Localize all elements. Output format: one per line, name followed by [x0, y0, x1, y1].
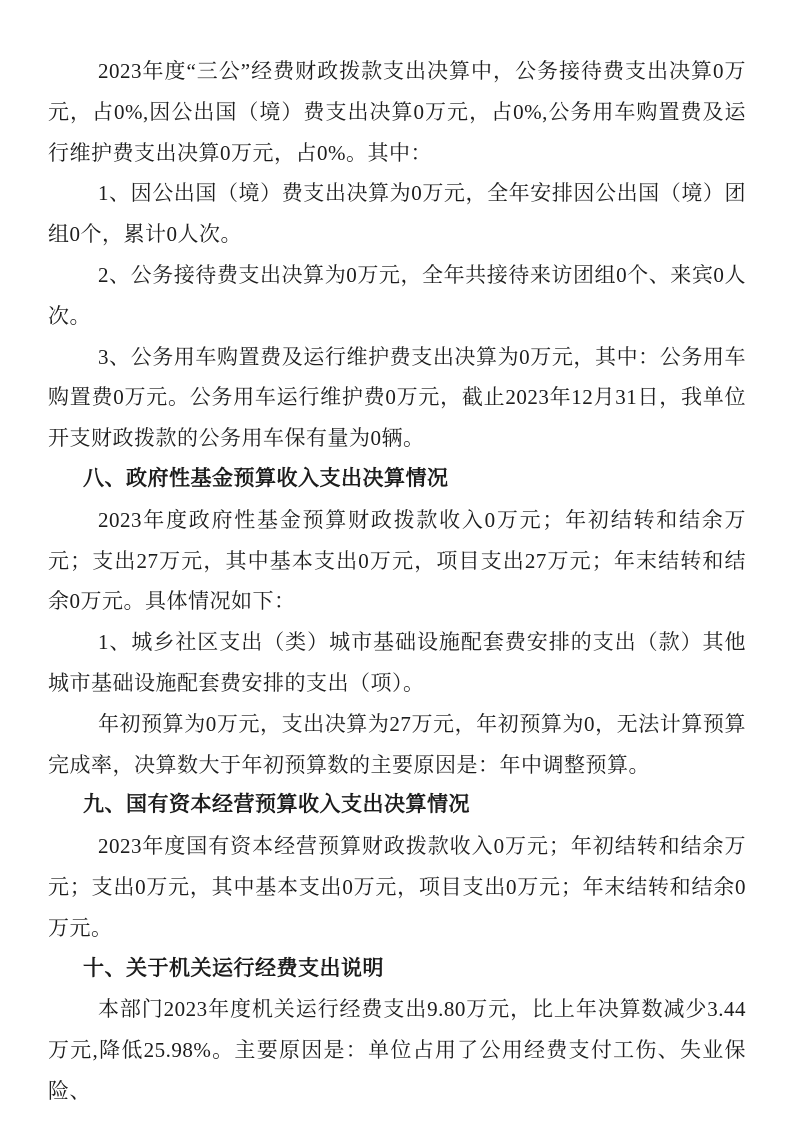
document-body: 2023年度“三公”经费财政拨款支出决算中，公务接待费支出决算0万元，占0%,因… [48, 51, 746, 1112]
paragraph: 1、城乡社区支出（类）城市基础设施配套费安排的支出（款）其他城市基础设施配套费安… [48, 622, 746, 704]
section-heading: 九、国有资本经营预算收入支出决算情况 [48, 785, 746, 826]
paragraph: 年初预算为0万元，支出决算为27万元，年初预算为0，无法计算预算完成率，决算数大… [48, 704, 746, 786]
paragraph: 2023年度“三公”经费财政拨款支出决算中，公务接待费支出决算0万元，占0%,因… [48, 51, 746, 173]
paragraph: 1、因公出国（境）费支出决算为0万元，全年安排因公出国（境）团组0个，累计0人次… [48, 173, 746, 255]
section-heading: 十、关于机关运行经费支出说明 [48, 949, 746, 990]
paragraph: 3、公务用车购置费及运行维护费支出决算为0万元，其中：公务用车购置费0万元。公务… [48, 337, 746, 459]
paragraph: 2023年度国有资本经营预算财政拨款收入0万元；年初结转和结余万元；支出0万元，… [48, 826, 746, 948]
paragraph: 2、公务接待费支出决算为0万元，全年共接待来访团组0个、来宾0人次。 [48, 255, 746, 337]
section-heading: 八、政府性基金预算收入支出决算情况 [48, 459, 746, 500]
paragraph: 2023年度政府性基金预算财政拨款收入0万元；年初结转和结余万元；支出27万元，… [48, 500, 746, 622]
document-page: 2023年度“三公”经费财政拨款支出决算中，公务接待费支出决算0万元，占0%,因… [0, 0, 793, 1122]
paragraph: 本部门2023年度机关运行经费支出9.80万元，比上年决算数减少3.44万元,降… [48, 989, 746, 1111]
